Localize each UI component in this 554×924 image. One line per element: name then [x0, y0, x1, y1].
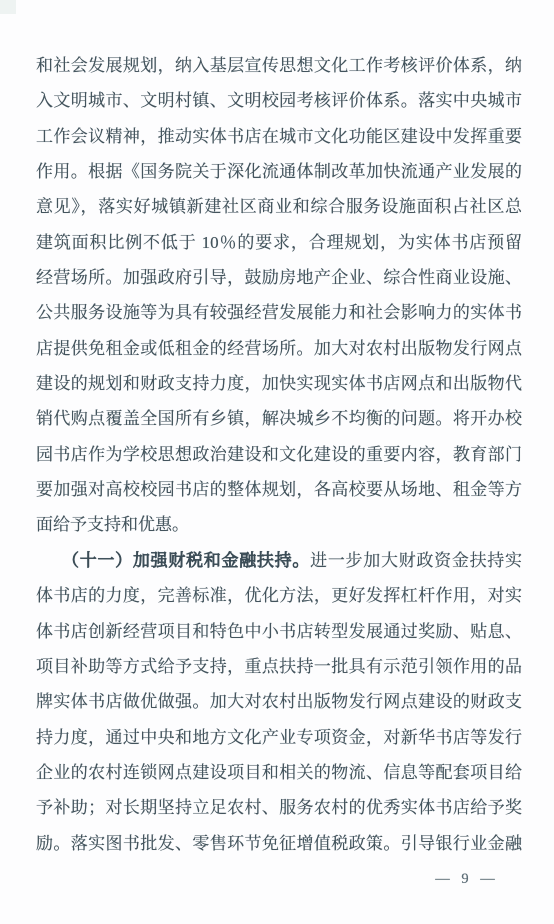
text-line: （十一）加强财税和金融扶持。进一步加大财政资金扶持实	[36, 543, 522, 578]
document-body: 和社会发展规划，纳入基层宣传思想文化工作考核评价体系，纳入文明城市、文明村镇、文…	[36, 48, 522, 861]
text-line: 经营场所。加强政府引导，鼓励房地产企业、综合性商业设施、	[36, 260, 522, 295]
text-line: 项目补助等方式给予支持，重点扶持一批具有示范引领作用的品	[36, 649, 522, 684]
text-line: 意见》，落实好城镇新建社区商业和综合服务设施面积占社区总	[36, 189, 522, 224]
text-line: 建设的规划和财政支持力度，加快实现实体书店网点和出版物代	[36, 366, 522, 401]
text-line: 持力度，通过中央和地方文化产业专项资金，对新华书店等发行	[36, 720, 522, 755]
text-line: 予补助；对长期坚持立足农村、服务农村的优秀实体书店给予奖	[36, 790, 522, 825]
text-line: 企业的农村连锁网点建设项目和相关的物流、信息等配套项目给	[36, 755, 522, 790]
text-line: 销代购点覆盖全国所有乡镇，解决城乡不均衡的问题。将开办校	[36, 401, 522, 436]
text-line: 牌实体书店做优做强。加大对农村出版物发行网点建设的财政支	[36, 684, 522, 719]
scan-artifact	[0, 0, 16, 14]
text-line: 入文明城市、文明村镇、文明校园考核评价体系。落实中央城市	[36, 83, 522, 118]
text-line: 作用。根据《国务院关于深化流通体制改革加快流通产业发展的	[36, 154, 522, 189]
text-line: 励。落实图书批发、零售环节免征增值税政策。引导银行业金融	[36, 826, 522, 861]
text-line: 要加强对高校校园书店的整体规划，各高校要从场地、租金等方	[36, 472, 522, 507]
text-line: 面给予支持和优惠。	[36, 507, 522, 542]
page-number: — 9 —	[428, 871, 506, 888]
text-line: 公共服务设施等为具有较强经营发展能力和社会影响力的实体书	[36, 295, 522, 330]
text-line: 体书店创新经营项目和特色中小书店转型发展通过奖励、贴息、	[36, 614, 522, 649]
section-heading: （十一）加强财税和金融扶持。	[62, 551, 310, 570]
text-line: 店提供免租金或低租金的经营场所。加大对农村出版物发行网点	[36, 331, 522, 366]
text-line: 体书店的力度，完善标准，优化方法，更好发挥杠杆作用，对实	[36, 578, 522, 613]
text-line: 园书店作为学校思想政治建设和文化建设的重要内容，教育部门	[36, 437, 522, 472]
text-line: 和社会发展规划，纳入基层宣传思想文化工作考核评价体系，纳	[36, 48, 522, 83]
text-line: 工作会议精神，推动实体书店在城市文化功能区建设中发挥重要	[36, 119, 522, 154]
text-line: 建筑面积比例不低于 10％的要求，合理规划，为实体书店预留	[36, 225, 522, 260]
document-page: 和社会发展规划，纳入基层宣传思想文化工作考核评价体系，纳入文明城市、文明村镇、文…	[0, 0, 554, 924]
